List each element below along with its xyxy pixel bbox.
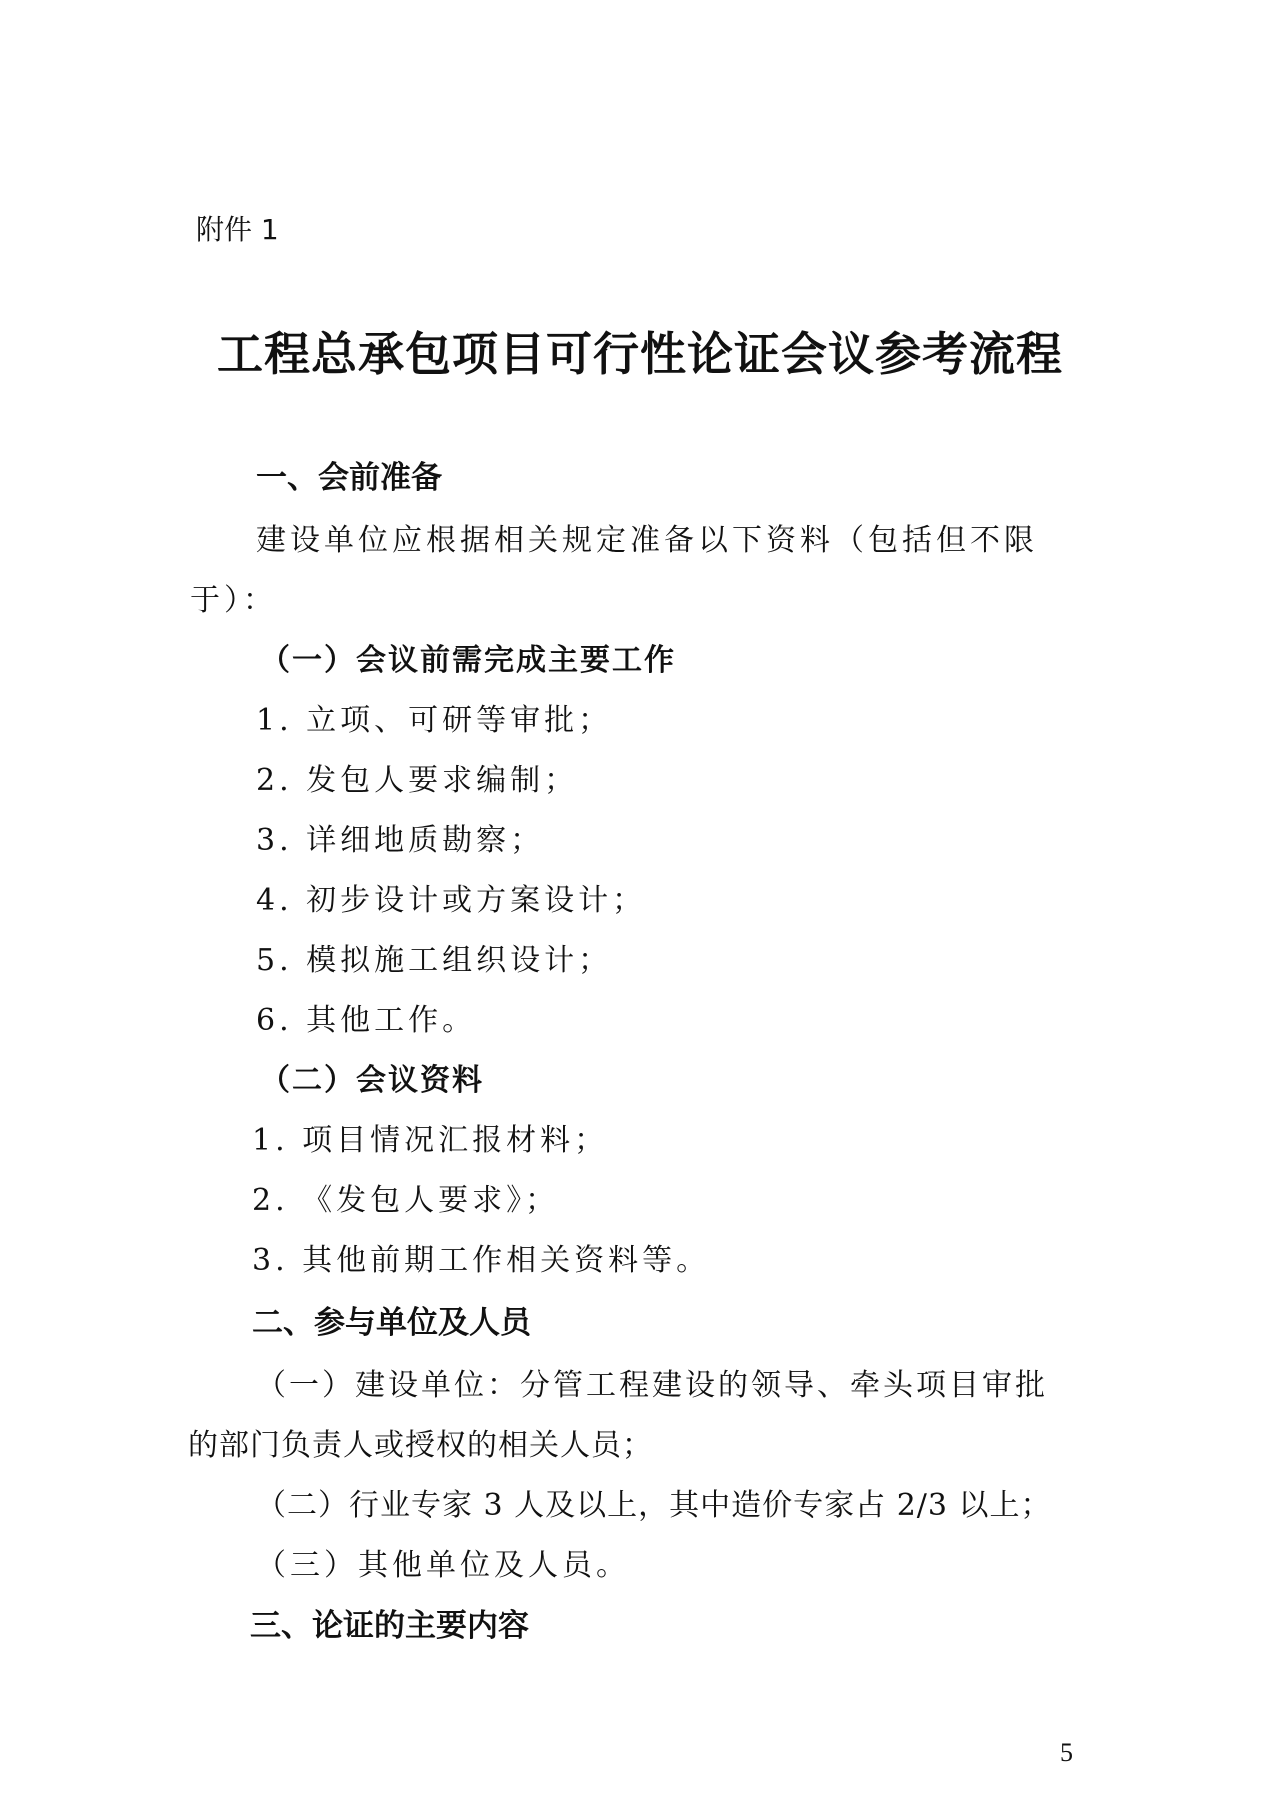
list-item: 1. 立项、可研等审批； bbox=[256, 695, 612, 739]
section-2-item-1-line1: （一）建设单位：分管工程建设的领导、牵头项目审批 bbox=[256, 1360, 1048, 1404]
section-2-item-2: （二）行业专家 3 人及以上，其中造价专家占 2/3 以上； bbox=[256, 1480, 1052, 1524]
list-item: 1. 项目情况汇报材料； bbox=[252, 1115, 608, 1159]
page-number: 5 bbox=[1060, 1738, 1073, 1768]
list-item: 3. 其他前期工作相关资料等。 bbox=[252, 1235, 710, 1279]
list-item: 2. 发包人要求编制； bbox=[256, 755, 578, 799]
section-2-item-3: （三）其他单位及人员。 bbox=[256, 1540, 630, 1584]
list-item: 4. 初步设计或方案设计； bbox=[256, 875, 646, 919]
attachment-label: 附件 1 bbox=[196, 208, 279, 248]
section-1-intro-line2: 于）： bbox=[190, 575, 277, 619]
list-item: 3. 详细地质勘察； bbox=[256, 815, 544, 859]
subsection-1-1-heading: （一）会议前需完成主要工作 bbox=[260, 635, 676, 679]
subsection-1-2-heading: （二）会议资料 bbox=[260, 1055, 484, 1099]
list-item: 6. 其他工作。 bbox=[256, 995, 476, 1039]
section-2-item-1-line2: 的部门负责人或授权的相关人员； bbox=[188, 1420, 653, 1464]
section-1-intro-line1: 建设单位应根据相关规定准备以下资料（包括但不限 bbox=[256, 515, 1038, 559]
section-1-heading: 一、会前准备 bbox=[256, 452, 442, 497]
section-3-heading: 三、论证的主要内容 bbox=[250, 1600, 529, 1645]
page-title: 工程总承包项目可行性论证会议参考流程 bbox=[0, 318, 1280, 384]
list-item: 5. 模拟施工组织设计； bbox=[256, 935, 612, 979]
section-2-heading: 二、参与单位及人员 bbox=[252, 1297, 531, 1342]
list-item: 2. 《发包人要求》； bbox=[252, 1175, 559, 1219]
